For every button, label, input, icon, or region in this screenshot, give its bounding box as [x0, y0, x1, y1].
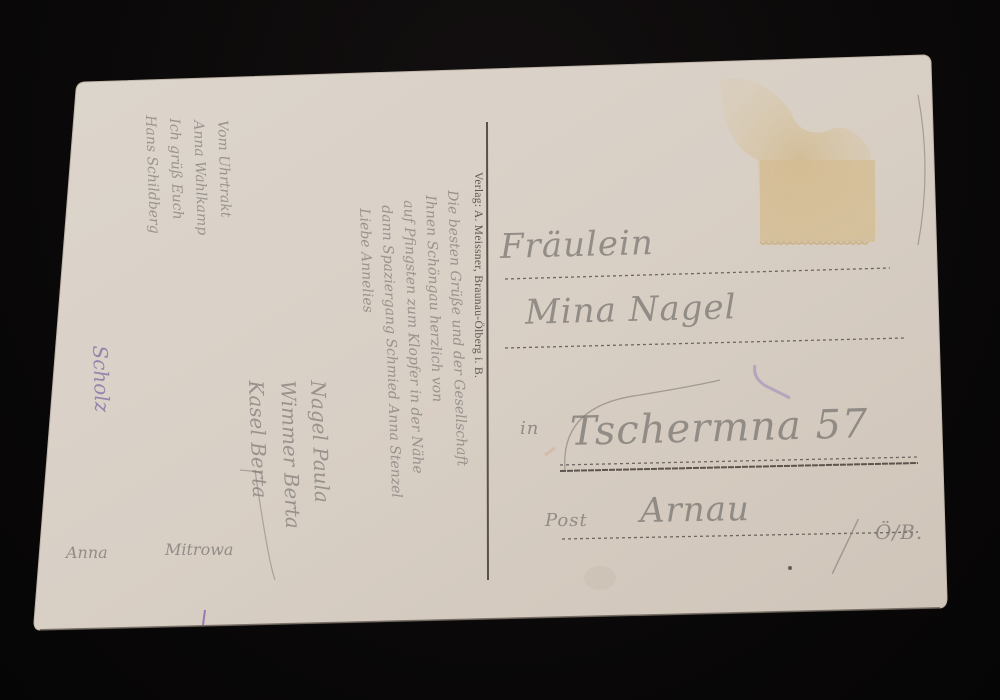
divider-line — [487, 122, 488, 580]
publisher-imprint: Verlag: A. Meissner, Braunau-Ölberg i. B… — [472, 172, 484, 492]
address-street: Tschermna 57 — [569, 401, 869, 455]
address-prefix-post: Post — [545, 510, 588, 531]
signature: Anna — [66, 543, 108, 562]
signature: Wimmer Berta — [276, 380, 305, 529]
signature: Kasel Berta — [244, 380, 272, 499]
address-prefix-in: in — [520, 418, 539, 439]
address-name: Mina Nagel — [525, 287, 737, 333]
postcard-body — [0, 0, 1000, 700]
postcard: Verlag: A. Meissner, Braunau-Ölberg i. B… — [0, 0, 1000, 700]
signature-violet: Scholz — [88, 345, 114, 413]
signature: Mitrowa — [165, 540, 233, 559]
message-line: Vom Uhrtrakt — [214, 120, 233, 218]
signature: Nagel Paula — [306, 380, 334, 503]
address-salutation: Fräulein — [500, 223, 655, 267]
address-region-note: Ö/B. — [875, 520, 923, 544]
address-town: Arnau — [640, 489, 751, 531]
